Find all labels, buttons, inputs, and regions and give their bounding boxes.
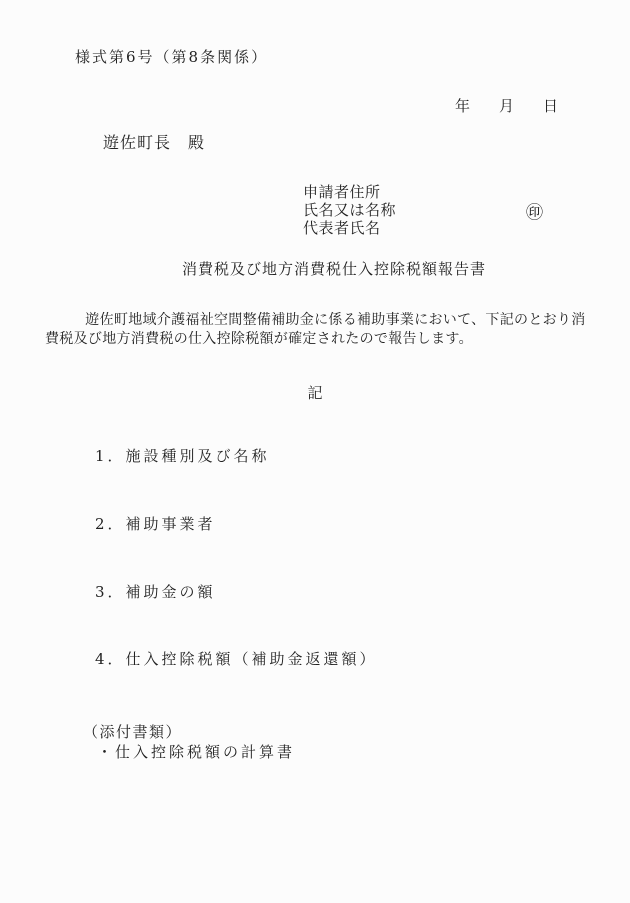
applicant-name-label: 氏名又は名称 xyxy=(303,201,396,219)
document-page: 様式第6号（第8条関係） 年 月 日 遊佐町長 殿 申請者住所 氏名又は名称 代… xyxy=(0,0,630,903)
date-month-label: 月 xyxy=(499,95,514,116)
attachments-heading: （添付書類） xyxy=(83,721,182,742)
record-marker: 記 xyxy=(0,382,630,403)
attachment-item: ・仕入控除税額の計算書 xyxy=(97,741,295,762)
date-day-label: 日 xyxy=(543,95,558,116)
date-year-label: 年 xyxy=(455,95,470,116)
seal-icon: ㊞ xyxy=(526,198,543,223)
form-number: 様式第6号（第8条関係） xyxy=(75,46,268,67)
numbered-item-4: 4．仕入控除税額（補助金返還額） xyxy=(95,648,378,669)
applicant-address-label: 申請者住所 xyxy=(303,183,396,201)
applicant-representative-label: 代表者氏名 xyxy=(303,219,396,237)
numbered-item-1: 1．施設種別及び名称 xyxy=(95,445,270,466)
numbered-item-3: 3．補助金の額 xyxy=(95,581,216,602)
addressee-name: 遊佐町長 xyxy=(103,130,171,153)
numbered-item-2: 2．補助事業者 xyxy=(95,513,216,534)
addressee-honorific: 殿 xyxy=(188,130,205,153)
document-title: 消費税及び地方消費税仕入控除税額報告書 xyxy=(0,258,630,279)
body-paragraph: 遊佐町地域介護福祉空間整備補助金に係る補助事業において、下記のとおり消費税及び地… xyxy=(45,311,593,349)
addressee-line: 遊佐町長 殿 xyxy=(103,130,205,153)
date-line: 年 月 日 xyxy=(455,95,558,116)
applicant-block: 申請者住所 氏名又は名称 代表者氏名 xyxy=(303,183,396,237)
